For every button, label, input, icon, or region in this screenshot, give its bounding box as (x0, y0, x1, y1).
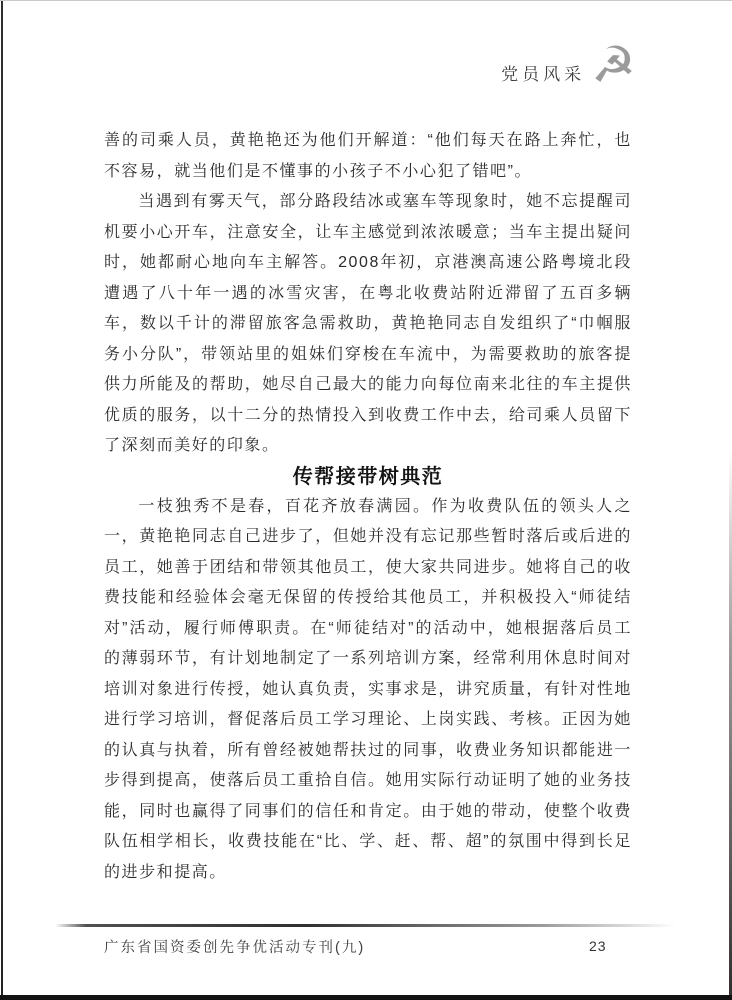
scan-edge-left (1, 0, 3, 1000)
body-paragraph-mentoring: 一枝独秀不是春，百花齐放春满园。作为收费队伍的领头人之一，黄艳艳同志自己进步了，… (104, 492, 632, 889)
header-section-label: 党员风采 (501, 46, 585, 85)
footer-divider (55, 924, 677, 927)
scan-edge-bottom (0, 995, 732, 1000)
article-body: 善的司乘人员，黄艳艳还为他们开解道：“他们每天在路上奔忙，也不容易，就当他们是不… (104, 126, 632, 888)
document-page: 党员风采 ☭ 善的司乘人员，黄艳艳还为他们开解道：“他们每天在路上奔忙，也不容易… (0, 0, 732, 1000)
scan-edge-top (0, 0, 732, 1)
footer-journal-title: 广东省国资委创先争优活动专刊(九) (104, 936, 365, 957)
body-paragraph-fog-weather: 当遇到有雾天气，部分路段结冰或塞车等现象时，她不忘提醒司机要小心开车，注意安全，… (104, 187, 632, 462)
footer-page-number: 23 (589, 938, 607, 954)
section-heading: 传帮接带树典范 (104, 462, 632, 492)
party-emblem-icon: ☭ (591, 40, 636, 90)
body-paragraph-continuation: 善的司乘人员，黄艳艳还为他们开解道：“他们每天在路上奔忙，也不容易，就当他们是不… (104, 126, 632, 187)
page-header: 党员风采 ☭ (501, 40, 636, 90)
